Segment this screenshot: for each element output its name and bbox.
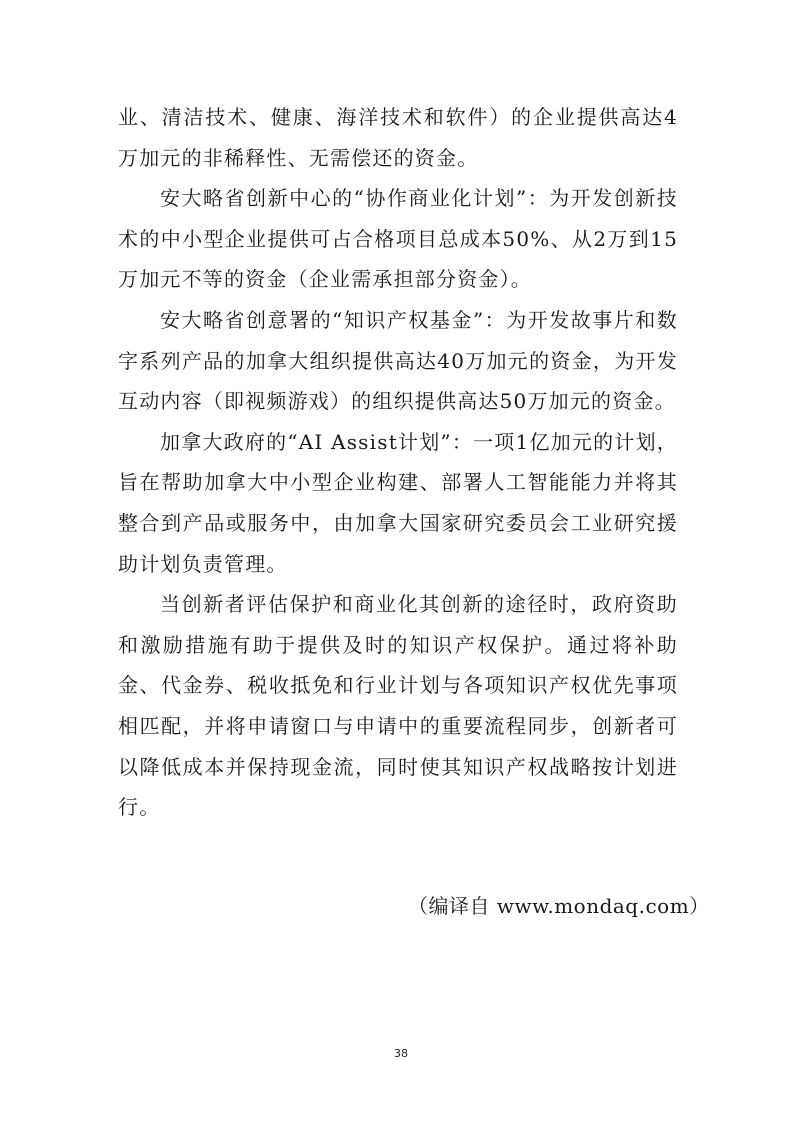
- paragraph-1: 业、清洁技术、健康、海洋技术和软件）的企业提供高达4万加元的非稀释性、无需偿还的…: [118, 97, 678, 178]
- paragraph-4: 加拿大政府的“AI Assist计划”：一项1亿加元的计划，旨在帮助加拿大中小型…: [118, 422, 678, 584]
- page-number: 38: [394, 1047, 408, 1060]
- document-page: 业、清洁技术、健康、海洋技术和软件）的企业提供高达4万加元的非稀释性、无需偿还的…: [0, 0, 793, 1122]
- paragraph-3: 安大略省创意署的“知识产权基金”：为开发故事片和数字系列产品的加拿大组织提供高达…: [118, 300, 678, 422]
- body-text: 业、清洁技术、健康、海洋技术和软件）的企业提供高达4万加元的非稀释性、无需偿还的…: [118, 97, 678, 828]
- paragraph-2: 安大略省创新中心的“协作商业化计划”：为开发创新技术的中小型企业提供可占合格项目…: [118, 178, 678, 300]
- paragraph-5: 当创新者评估保护和商业化其创新的途径时，政府资助和激励措施有助于提供及时的知识产…: [118, 584, 678, 828]
- source-attribution: （编译自 www.mondaq.com）: [408, 890, 710, 919]
